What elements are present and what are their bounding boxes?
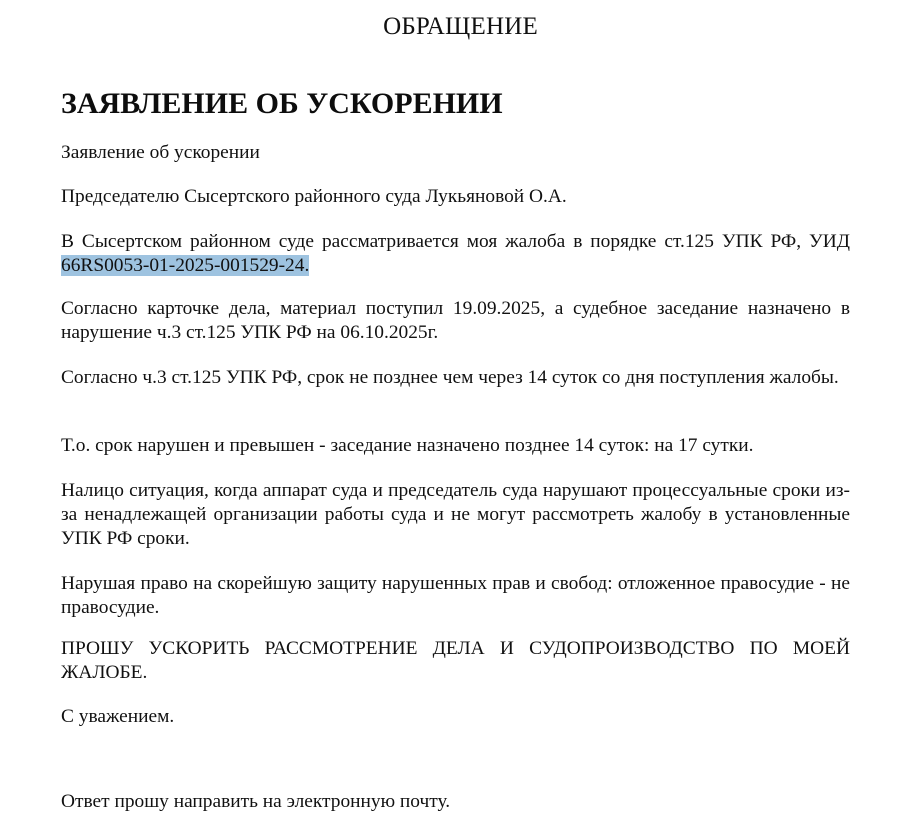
selected-case-id[interactable]: 66RS0053-01-2025-001529-24. [61,255,309,276]
paragraph-regards: С уважением. [61,705,850,729]
paragraph-case-card: Согласно карточке дела, материал поступи… [61,297,850,345]
paragraph-right-to-defense: Нарушая право на скорейшую защиту наруше… [61,572,850,620]
paragraph-addressee: Председателю Сысертского районного суда … [61,185,850,209]
paragraph-subtitle: Заявление об ускорении [61,141,850,165]
document-title: ЗАЯВЛЕНИЕ ОБ УСКОРЕНИИ [61,86,503,122]
paragraph-violation: Т.о. срок нарушен и превышен - заседание… [61,434,850,458]
paragraph-intro: В Сысертском районном суде рассматривает… [61,230,850,278]
paragraph-request: ПРОШУ УСКОРИТЬ РАССМОТРЕНИЕ ДЕЛА И СУДОП… [61,637,850,685]
document-header: ОБРАЩЕНИЕ [0,12,921,42]
paragraph-law-reference: Согласно ч.3 ст.125 УПК РФ, срок не позд… [61,366,850,390]
document-page: ОБРАЩЕНИЕ ЗАЯВЛЕНИЕ ОБ УСКОРЕНИИ Заявлен… [0,0,921,832]
intro-text: В Сысертском районном суде рассматривает… [61,231,850,252]
paragraph-situation: Налицо ситуация, когда аппарат суда и пр… [61,479,850,551]
paragraph-response-request: Ответ прошу направить на электронную поч… [61,790,850,814]
